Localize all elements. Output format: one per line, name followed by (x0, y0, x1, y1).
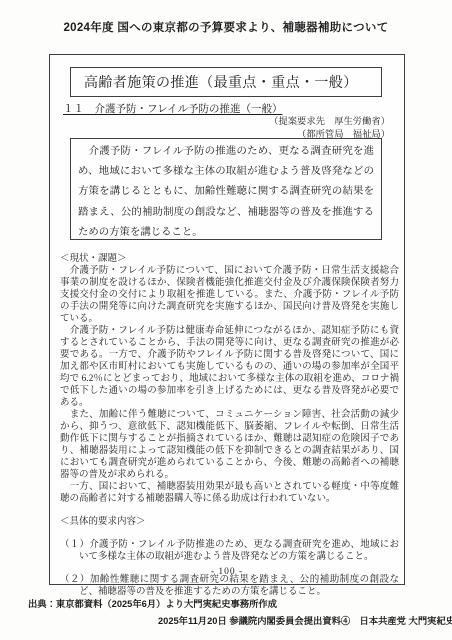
request-destination: （提案要求先 厚生労働省） (269, 116, 390, 129)
page-title: 2024年度 国への東京都の予算要求より、補聴器補助について (0, 19, 452, 35)
request-item: （２）加齢性難聴に関する調査研究の結果を踏まえ、公的補助制度の創設など、補聴器等… (60, 574, 399, 598)
summary-box: 介護予防・フレイル予防の推進のため、更なる調査研究を進め、地域において多様な主体… (70, 138, 382, 240)
status-paragraph: 介護予防・フレイル予防は健康寿命延伸につながるほか、認知症予防にも資するとされて… (60, 325, 399, 409)
policy-heading-box: 高齢者施策の推進（最重点・重点・一般） (70, 67, 382, 97)
policy-heading-text: 高齢者施策の推進（最重点・重点・一般） (84, 72, 358, 92)
submission-note: 2025年11月20日 参議院内閣委員会提出資料④ 日本共産党 大門実紀史 (158, 613, 452, 627)
request-details-heading: ＜具体的要求内容＞ (60, 516, 399, 528)
source-attribution: 出典：東京都資料（2025年6月）より大門実紀史事務所作成 (28, 596, 277, 610)
page-number: - 100 - (50, 567, 404, 577)
status-paragraph: また、加齢に伴う難聴について、コミュニケーション障害、社会活動の減少から、抑うつ… (60, 409, 399, 481)
document-frame: 高齢者施策の推進（最重点・重点・一般） １１ 介護予防・フレイル予防の推進（一般… (49, 54, 405, 585)
document-body: ＜現状・課題＞ 介護予防・フレイル予防について、国において介護予防・日常生活支援… (60, 253, 399, 598)
status-paragraph: 一方、国において、補聴器装用効果が最も高いとされている軽度・中等度難聴の高齢者に… (60, 481, 399, 505)
status-issues-heading: ＜現状・課題＞ (60, 253, 399, 265)
section-heading: １１ 介護予防・フレイル予防の推進（一般） (63, 101, 283, 116)
status-paragraph: 介護予防・フレイル予防について、国において介護予防・日常生活支援総合事業の制度を… (60, 265, 399, 325)
request-item: （１）介護予防・フレイル予防推進のため、更なる調査研究を進め、地域において多様な… (60, 539, 399, 563)
